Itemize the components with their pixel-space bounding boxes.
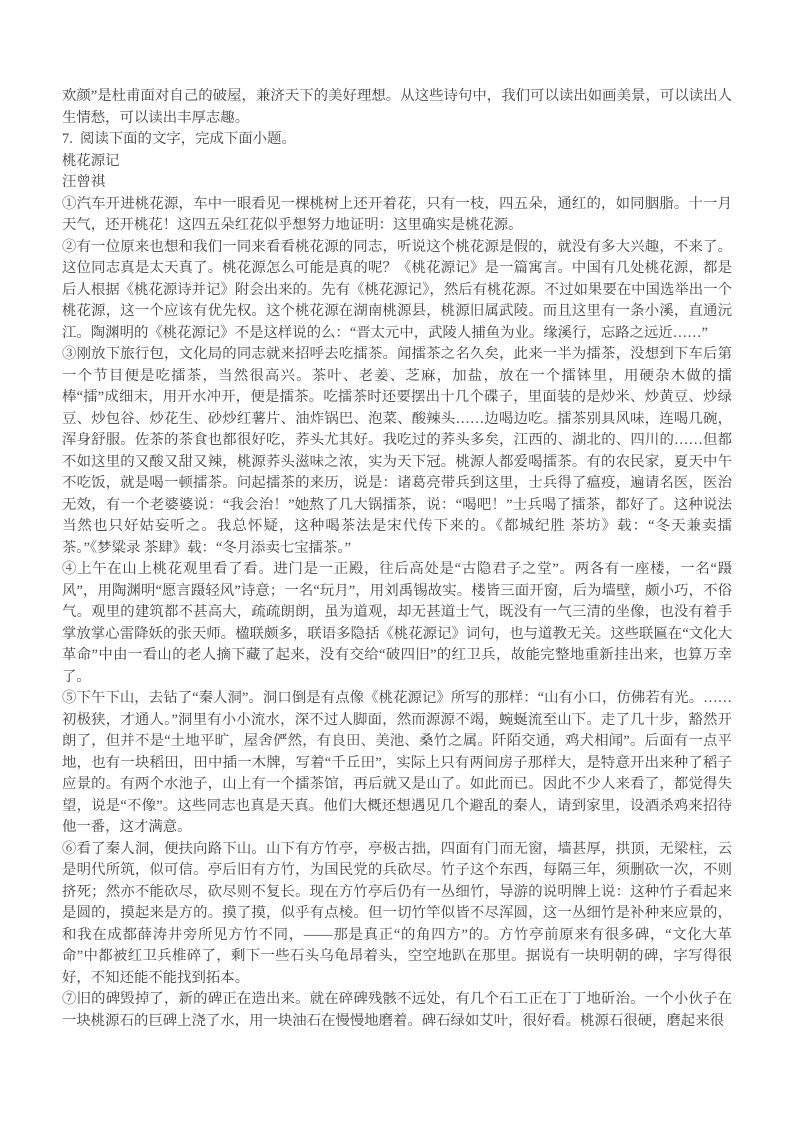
question-number: 7. bbox=[62, 131, 73, 147]
article-title: 桃花源记 bbox=[62, 151, 732, 173]
article-paragraph: ⑤下午下山，去钻了“秦人洞”。洞口倒是有点像《桃花源记》所写的那样：“山有小口，… bbox=[62, 688, 732, 839]
article-paragraph: ②有一位原来也想和我们一同来看看桃花源的同志，听说这个桃花源是假的，就没有多大兴… bbox=[62, 237, 732, 345]
document-page: 欢颜”是杜甫面对自己的破屋，兼济天下的美好理想。从这些诗句中，我们可以读出如画美… bbox=[0, 0, 793, 1122]
article-paragraph: ③刚放下旅行包，文化局的同志就来招呼去吃擂茶。闻擂茶之名久矣，此来一半为擂茶，没… bbox=[62, 344, 732, 559]
article-author: 汪曾祺 bbox=[62, 172, 732, 194]
question-line: 7.阅读下面的文字，完成下面小题。 bbox=[62, 129, 732, 151]
article-paragraph: ⑥看了秦人洞，便扶向路下山。山下有方竹亭，亭极古拙，四面有门而无窗，墙甚厚，拱顶… bbox=[62, 839, 732, 990]
article-paragraph: ⑦旧的碑毁掉了，新的碑正在造出来。就在碎碑残骸不远处，有几个石工正在丁丁地斫治。… bbox=[62, 989, 732, 1032]
question-prompt: 阅读下面的文字，完成下面小题。 bbox=[80, 131, 296, 147]
lead-paragraph: 欢颜”是杜甫面对自己的破屋，兼济天下的美好理想。从这些诗句中，我们可以读出如画美… bbox=[62, 86, 732, 129]
article-paragraph: ④上午在山上桃花观里看了看。进门是一正殿，往后高处是“古隐君子之堂”。两各有一座… bbox=[62, 559, 732, 688]
article-paragraph: ①汽车开进桃花源，车中一眼看见一棵桃树上还开着花，只有一枝，四五朵，通红的，如同… bbox=[62, 194, 732, 237]
